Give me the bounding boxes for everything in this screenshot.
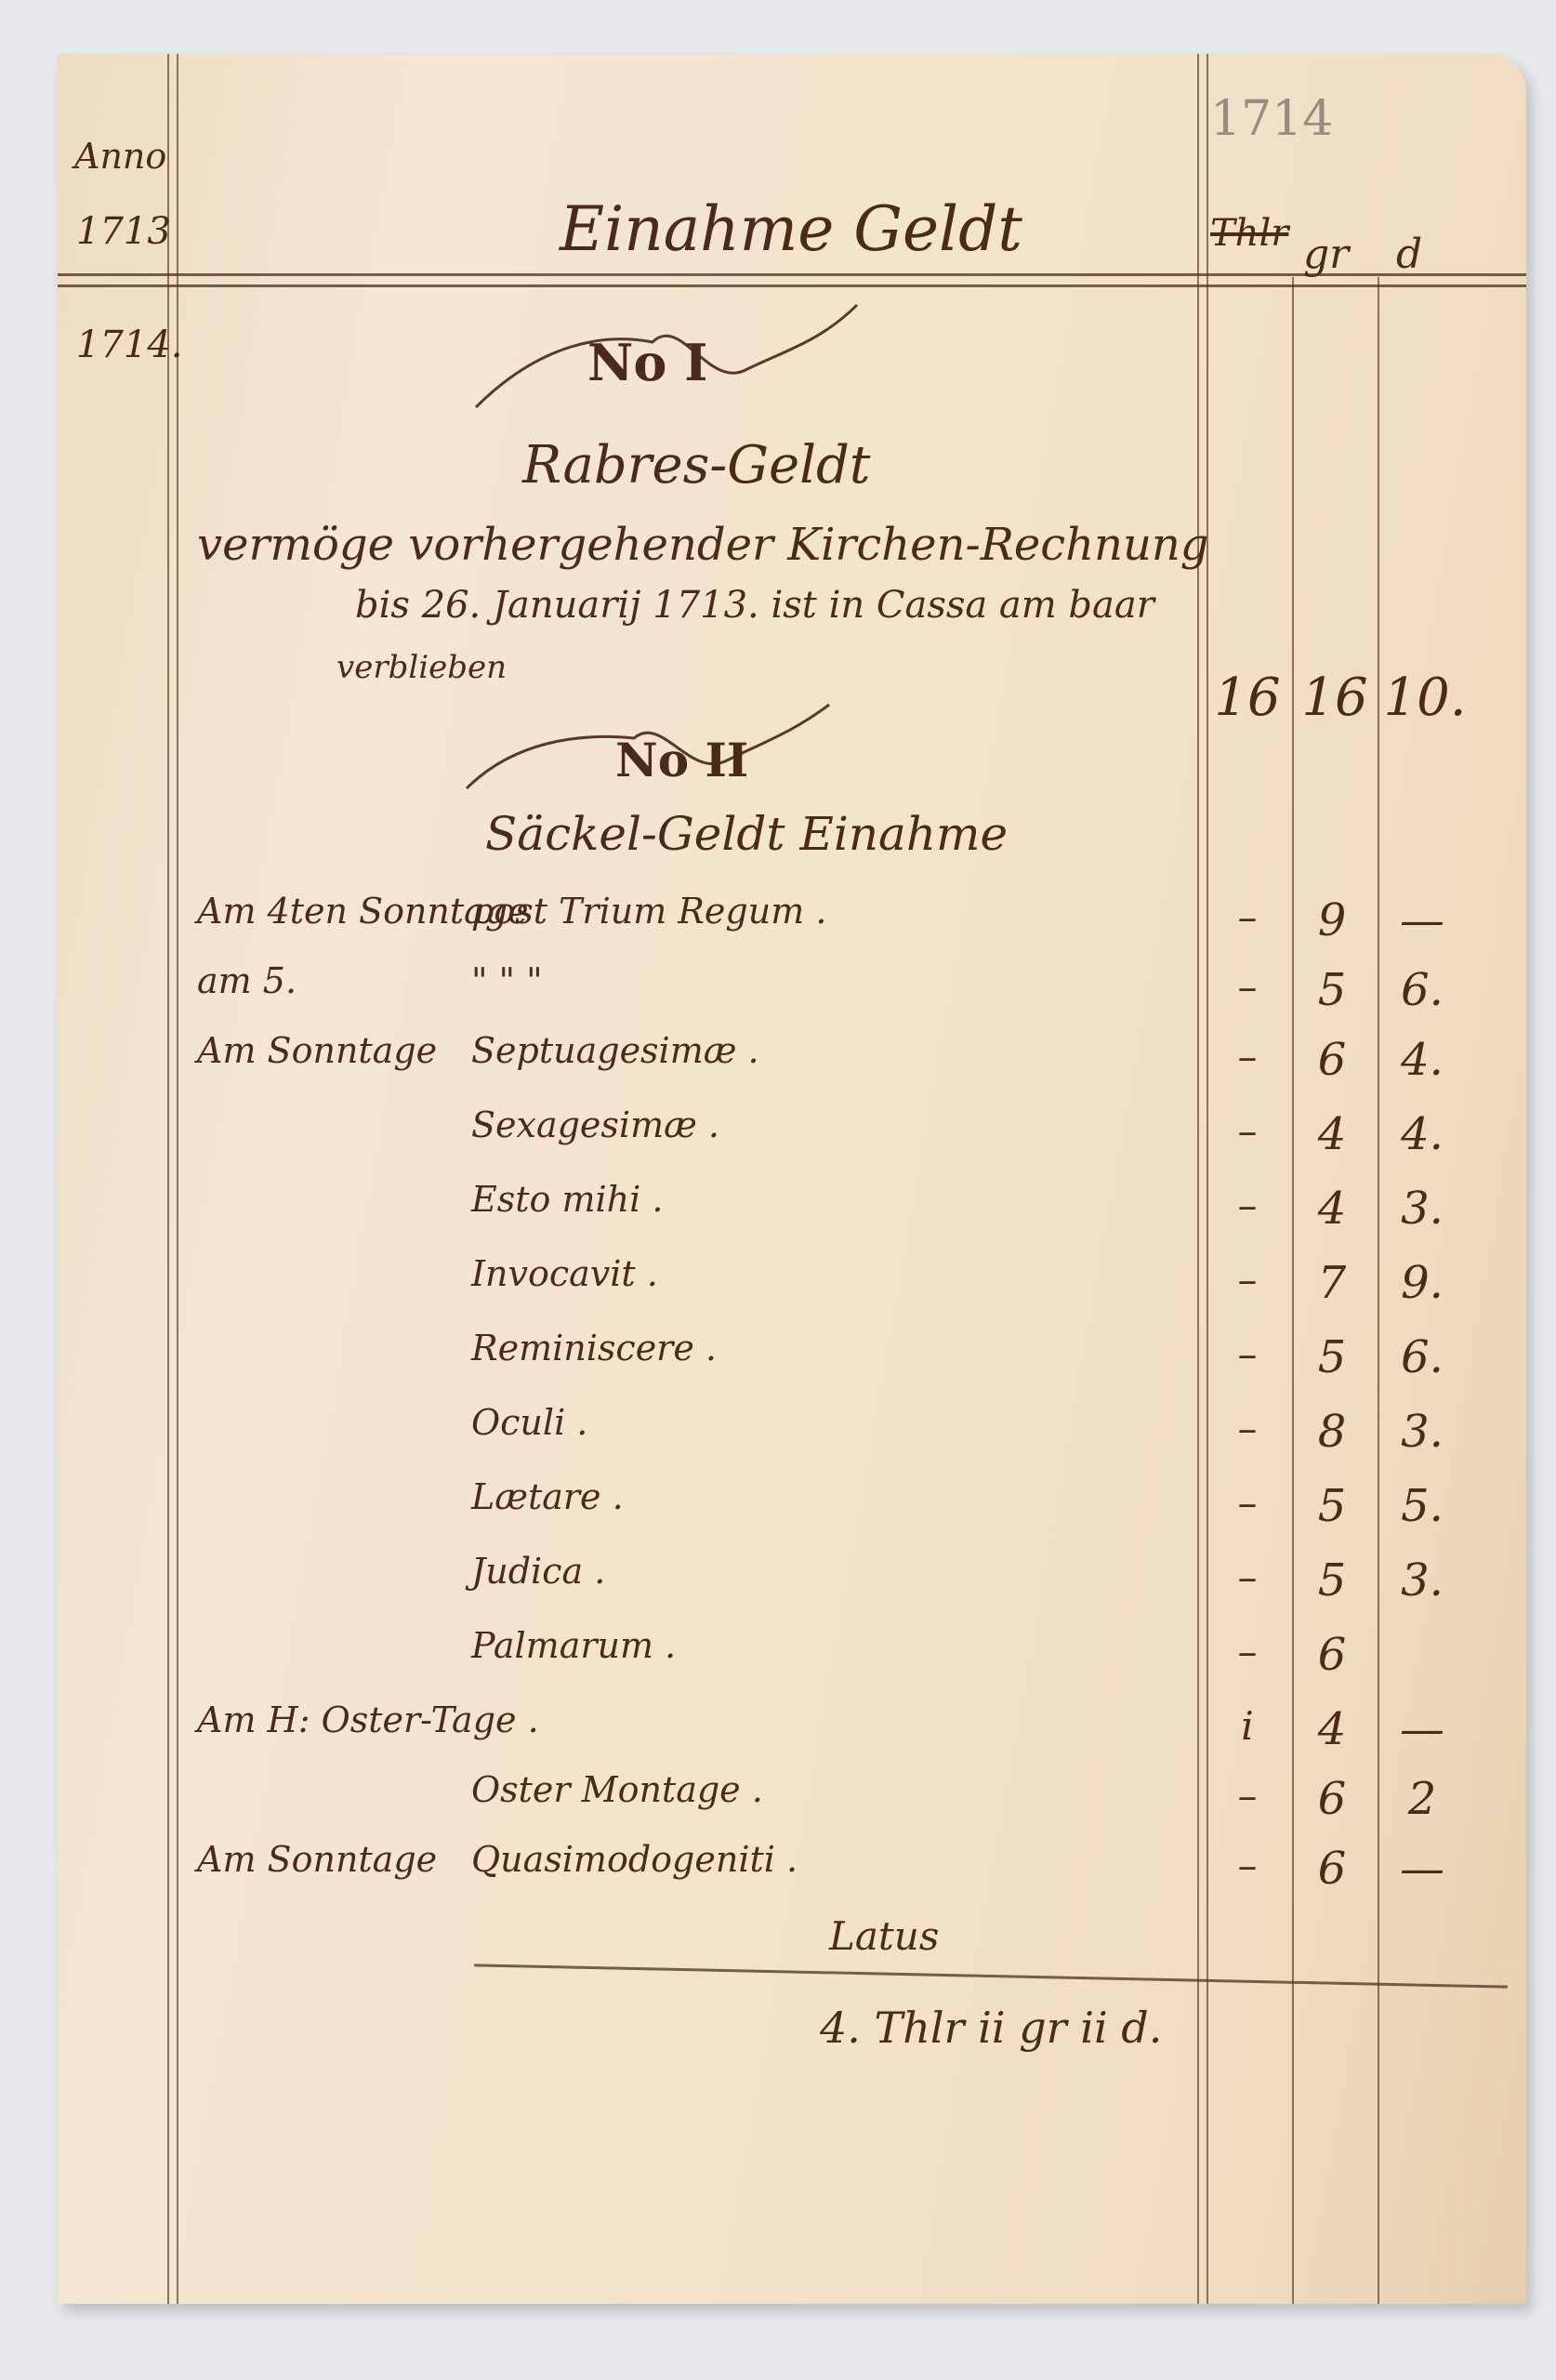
entry-label: " " "	[471, 960, 543, 1001]
anno-year-header: 1713	[76, 210, 171, 253]
entry-label: Judica .	[471, 1551, 605, 1592]
entry-label: Septuagesimæ .	[471, 1030, 759, 1071]
groschen-column-rule	[1292, 277, 1294, 2304]
entry-thaler: –	[1215, 1629, 1280, 1674]
entry-label: Sexagesimæ .	[471, 1104, 719, 1145]
anno-column-rule-inner	[177, 54, 178, 2304]
entry-thaler: –	[1215, 1257, 1280, 1302]
thaler-column-rule-inner	[1207, 54, 1208, 2304]
entry-prefix: Am Sonntage	[197, 1030, 437, 1071]
entry-groschen: 6	[1299, 1034, 1365, 1086]
section-1-pfennig: 10.	[1383, 668, 1467, 728]
entry-pfennig: 4.	[1385, 1034, 1459, 1086]
entry-groschen: 5	[1299, 1480, 1365, 1532]
entry-label: Reminiscere .	[471, 1328, 717, 1368]
section-1-number: No I	[587, 333, 707, 392]
entry-groschen: 4	[1299, 1183, 1365, 1235]
currency-header-thaler: Thlr	[1210, 212, 1288, 255]
entry-label: Oculi .	[471, 1402, 587, 1443]
entry-pfennig: 5.	[1385, 1480, 1459, 1532]
entry-thaler: –	[1215, 1331, 1280, 1377]
section-1-groschen: 16	[1298, 668, 1372, 728]
entry-label: Palmarum .	[471, 1625, 676, 1666]
entry-thaler: –	[1215, 1183, 1280, 1228]
entry-pfennig: 6.	[1385, 1331, 1459, 1383]
entry-pfennig: —	[1385, 1843, 1459, 1895]
entry-label: Oster Montage .	[471, 1769, 763, 1810]
pencil-year: 1714	[1210, 91, 1333, 147]
entry-thaler: –	[1215, 1108, 1280, 1154]
entry-prefix: am 5.	[197, 960, 297, 1001]
anno-column-rule	[167, 54, 169, 2304]
entry-thaler: –	[1215, 1554, 1280, 1600]
entry-pfennig: 3.	[1385, 1406, 1459, 1458]
entry-groschen: 8	[1299, 1406, 1365, 1458]
entry-groschen: 4	[1299, 1703, 1365, 1755]
entry-groschen: 9	[1299, 894, 1365, 946]
entry-prefix: Am Sonntage	[197, 1839, 437, 1880]
entry-thaler: –	[1215, 1406, 1280, 1451]
anno-year-entry: 1714.	[76, 324, 183, 366]
section-2-heading: Säckel-Geldt Einahme	[485, 807, 1008, 861]
section-1-line-2: bis 26. Januarij 1713. ist in Cassa am b…	[355, 584, 1154, 627]
entry-thaler: –	[1215, 894, 1280, 940]
total-amount: 4. Thlr ii gr ii d.	[820, 2003, 1162, 2053]
entry-label: Esto mihi .	[471, 1179, 663, 1220]
entry-pfennig: 9.	[1385, 1257, 1459, 1309]
entry-pfennig: 4.	[1385, 1108, 1459, 1160]
entry-groschen: 5	[1299, 1331, 1365, 1383]
thaler-column-rule	[1197, 54, 1199, 2304]
entry-pfennig: 3.	[1385, 1183, 1459, 1235]
entry-groschen: 7	[1299, 1257, 1365, 1309]
anno-label: Anno	[74, 136, 166, 177]
entry-pfennig: 2	[1385, 1773, 1459, 1825]
entry-label: Invocavit .	[471, 1253, 658, 1294]
entry-label: post Trium Regum .	[471, 891, 826, 932]
entry-pfennig: —	[1385, 894, 1459, 946]
entry-groschen: 5	[1299, 1554, 1365, 1606]
entry-thaler: –	[1215, 964, 1280, 1010]
currency-header-groschen: gr	[1303, 231, 1349, 278]
section-1-heading: Rabres-Geldt	[522, 435, 870, 496]
entry-label: Quasimodogeniti .	[471, 1839, 798, 1880]
section-1-line-3: verblieben	[336, 649, 507, 686]
entry-thaler: –	[1215, 1480, 1280, 1526]
entry-groschen: 4	[1299, 1108, 1365, 1160]
entry-thaler: –	[1215, 1773, 1280, 1818]
section-1-line-1: vermöge vorhergehender Kirchen-Rechnung	[197, 519, 1209, 571]
ledger-page: 1714 Anno 1713 1714. Einahme Geldt Thlr …	[58, 54, 1526, 2304]
entry-pfennig: —	[1385, 1703, 1459, 1755]
entry-thaler: i	[1215, 1703, 1280, 1749]
section-1-thaler: 16	[1210, 668, 1285, 728]
page-title: Einahme Geldt	[560, 193, 1022, 265]
entry-groschen: 6	[1299, 1843, 1365, 1895]
sum-rule	[474, 1963, 1508, 1988]
entry-groschen: 5	[1299, 964, 1365, 1016]
entry-pfennig: 6.	[1385, 964, 1459, 1016]
pfennig-column-rule	[1378, 277, 1379, 2304]
entry-thaler: –	[1215, 1034, 1280, 1079]
entry-groschen: 6	[1299, 1629, 1365, 1681]
latus-label: Latus	[829, 1913, 939, 1959]
entry-thaler: –	[1215, 1843, 1280, 1888]
section-2-number: No II	[615, 733, 748, 787]
currency-header-pfennig: d	[1396, 231, 1422, 278]
entry-pfennig: 3.	[1385, 1554, 1459, 1606]
entry-groschen: 6	[1299, 1773, 1365, 1825]
entry-prefix: Am H: Oster-Tage .	[197, 1699, 539, 1740]
entry-label: Lætare .	[471, 1476, 624, 1517]
